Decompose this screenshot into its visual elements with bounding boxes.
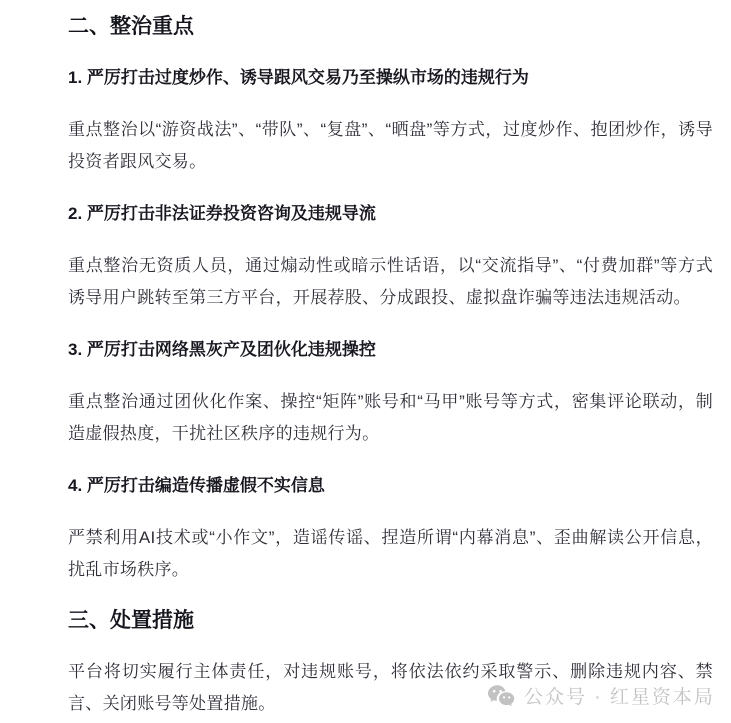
article-page: 二、整治重点 1. 严厉打击过度炒作、诱导跟风交易乃至操纵市场的违规行为 重点整…: [0, 0, 731, 720]
subheading-1: 1. 严厉打击过度炒作、诱导跟风交易乃至操纵市场的违规行为: [68, 62, 713, 94]
watermark: 公众号 · 红星资本局: [487, 682, 715, 709]
watermark-text: 公众号 · 红星资本局: [524, 682, 715, 709]
paragraph-2: 重点整治无资质人员，通过煽动性或暗示性话语，以“交流指导”、“付费加群”等方式诱…: [68, 250, 713, 314]
section-title-rectification-focus: 二、整治重点: [68, 12, 713, 42]
paragraph-3: 重点整治通过团伙化作案、操控“矩阵”账号和“马甲”账号等方式，密集评论联动，制造…: [68, 386, 713, 450]
section-title-disposal-measures: 三、处置措施: [68, 606, 713, 636]
subheading-2: 2. 严厉打击非法证券投资咨询及违规导流: [68, 198, 713, 230]
subheading-4: 4. 严厉打击编造传播虚假不实信息: [68, 470, 713, 502]
paragraph-4: 严禁利用AI技术或“小作文”，造谣传谣、捏造所谓“内幕消息”、歪曲解读公开信息，…: [68, 522, 713, 586]
wechat-icon: [487, 684, 515, 708]
subheading-3: 3. 严厉打击网络黑灰产及团伙化违规操控: [68, 334, 713, 366]
paragraph-1: 重点整治以“游资战法”、“带队”、“复盘”、“晒盘”等方式，过度炒作、抱团炒作，…: [68, 114, 713, 178]
